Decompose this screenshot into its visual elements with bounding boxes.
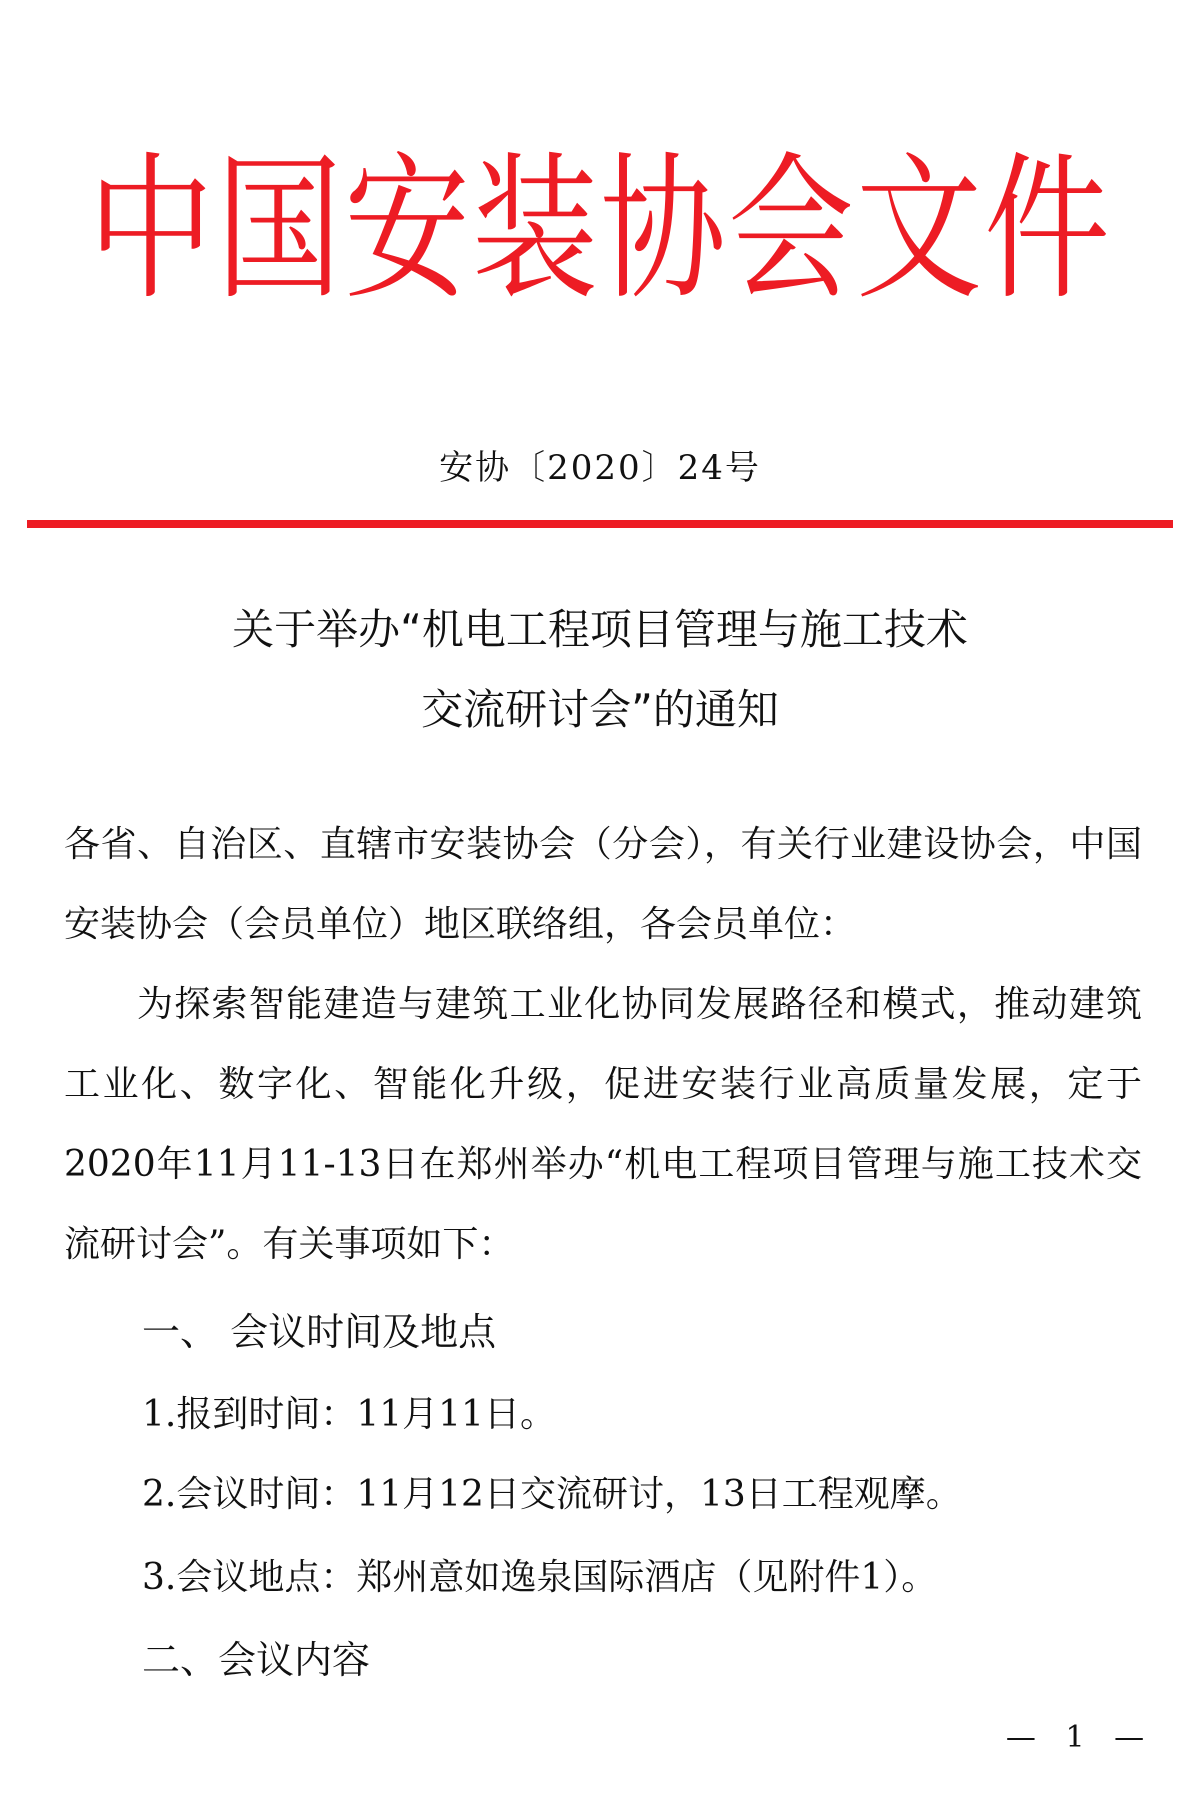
notice-title: 关于举办“机电工程项目管理与施工技术 交流研讨会”的通知 [0, 590, 1200, 750]
intro-paragraph: 为探索智能建造与建筑工业化协同发展路径和模式，推动建筑工业化、数字化、智能化升级… [64, 965, 1142, 1285]
red-divider-line [27, 520, 1173, 528]
org-masthead-title: 中国安装协会文件 [0, 130, 1200, 330]
document-number: 安协〔2020〕24号 [0, 443, 1200, 493]
list-item-meeting-location: 3.会议地点：郑州意如逸泉国际酒店（见附件1）。 [142, 1548, 937, 1608]
notice-title-line-2: 交流研讨会”的通知 [0, 670, 1200, 750]
section-heading-meeting-content: 二、会议内容 [142, 1630, 370, 1690]
page-number: — 1 — [1005, 1718, 1155, 1758]
list-item-registration-time: 1.报到时间：11月11日。 [142, 1385, 556, 1445]
list-item-meeting-time: 2.会议时间：11月12日交流研讨，13日工程观摩。 [142, 1465, 962, 1525]
section-heading-time-location: 一、 会议时间及地点 [142, 1302, 496, 1362]
salutation: 各省、自治区、直辖市安装协会（分会），有关行业建设协会，中国安装协会（会员单位）… [64, 805, 1142, 965]
notice-title-line-1: 关于举办“机电工程项目管理与施工技术 [0, 590, 1200, 670]
